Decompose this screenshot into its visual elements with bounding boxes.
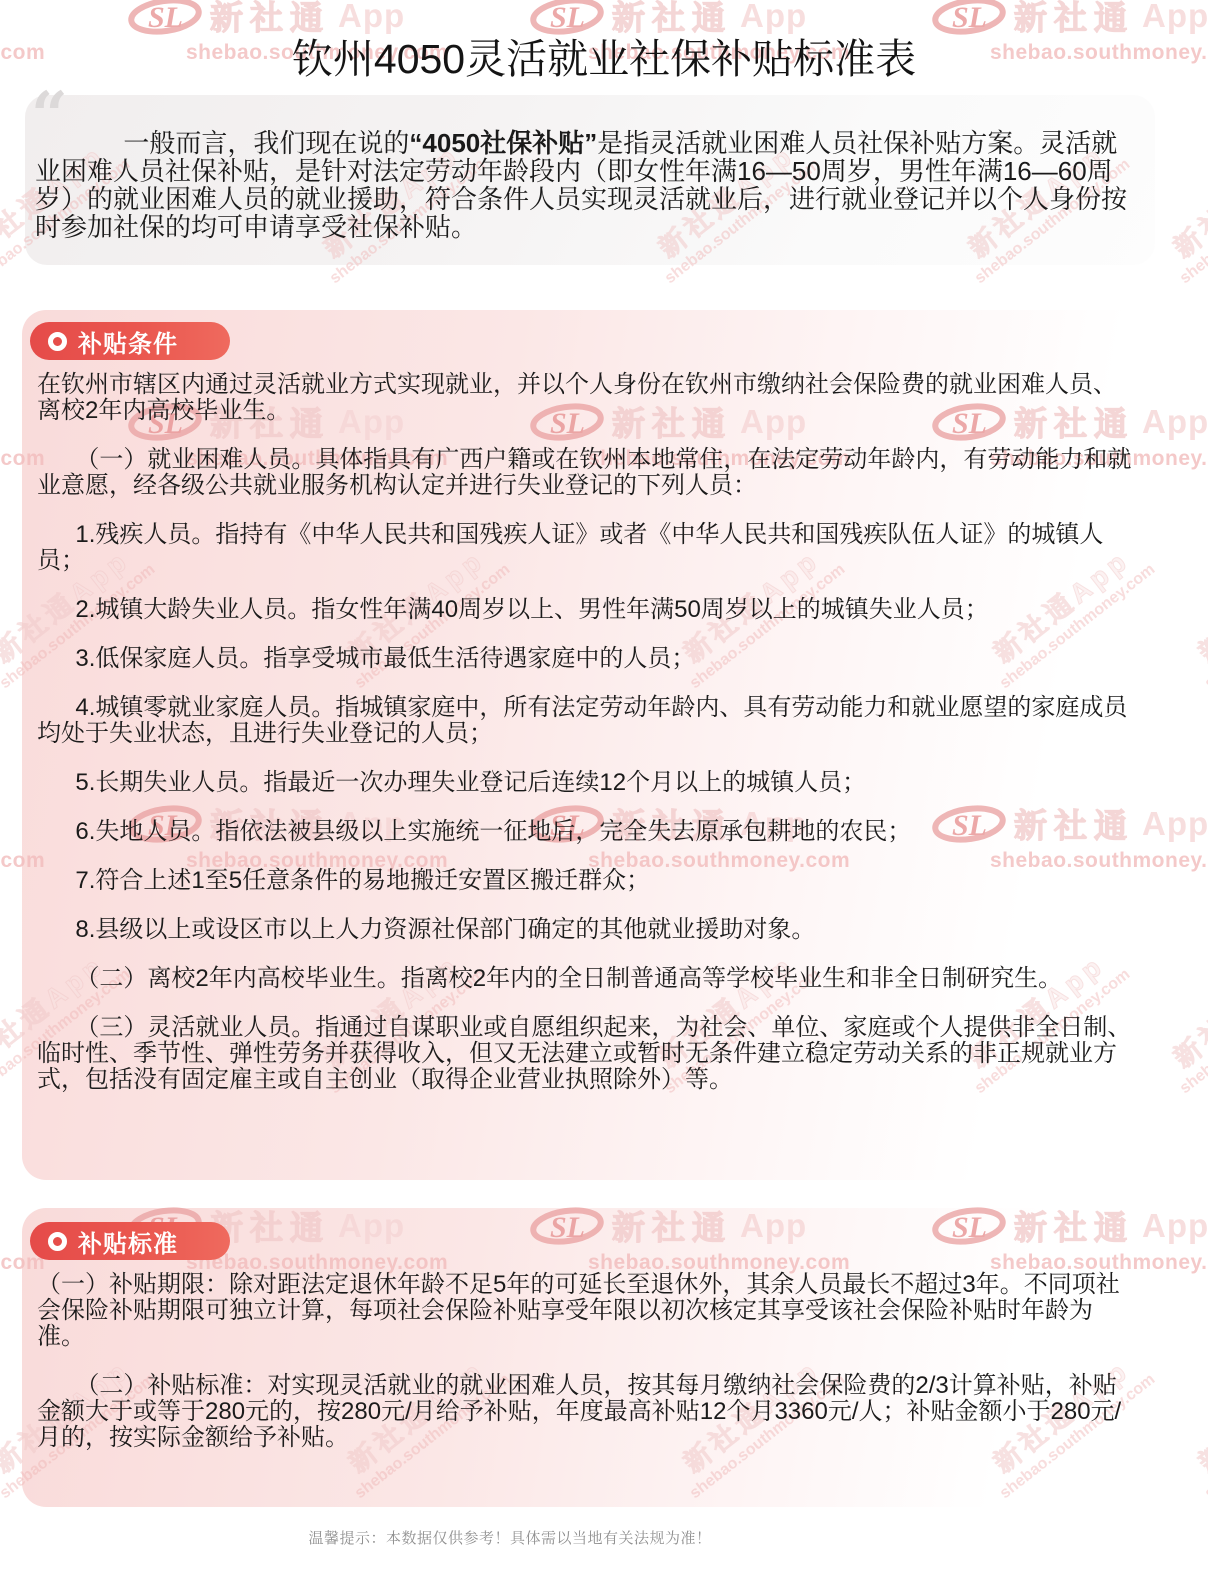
ring-icon xyxy=(48,332,67,351)
footer-disclaimer: 温馨提示：本数据仅供参考！具体需以当地有关法规为准！ xyxy=(0,1527,1020,1548)
badge-label: 补贴条件 xyxy=(78,324,178,359)
page-title: 钦州4050灵活就业社保补贴标准表 xyxy=(0,26,1208,85)
paragraph: 5.长期失业人员。指最近一次办理失业登记后连续12个月以上的城镇人员； xyxy=(37,770,1133,796)
paragraph: （二）离校2年内高校毕业生。指离校2年内的全日制普通高等学校毕业生和非全日制研究… xyxy=(37,966,1133,992)
paragraph: 3.低保家庭人员。指享受城市最低生活待遇家庭中的人员； xyxy=(37,646,1133,672)
paragraph: （三）灵活就业人员。指通过自谋职业或自愿组织起来，为社会、单位、家庭或个人提供非… xyxy=(37,1015,1133,1093)
paragraph: （一）补贴期限：除对距法定退休年龄不足5年的可延长至退休外，其余人员最长不超过3… xyxy=(37,1272,1133,1350)
standards-content: （一）补贴期限：除对距法定退休年龄不足5年的可延长至退休外，其余人员最长不超过3… xyxy=(37,1272,1133,1474)
badge-subsidy-conditions: 补贴条件 xyxy=(30,322,230,360)
paragraph: （一）就业困难人员。具体指具有广西户籍或在钦州本地常住，在法定劳动年龄内，有劳动… xyxy=(37,447,1133,499)
ring-icon xyxy=(48,1232,67,1251)
paragraph: 在钦州市辖区内通过灵活就业方式实现就业，并以个人身份在钦州市缴纳社会保险费的就业… xyxy=(37,372,1133,424)
badge-label: 补贴标准 xyxy=(78,1224,178,1259)
paragraph: 6.失地人员。指依法被县级以上实施统一征地后，完全失去原承包耕地的农民； xyxy=(37,819,1133,845)
paragraph: 4.城镇零就业家庭人员。指城镇家庭中，所有法定劳动年龄内、具有劳动能力和就业愿望… xyxy=(37,695,1133,747)
intro-bold-term: “4050社保补贴” xyxy=(409,128,597,158)
intro-pre: 一般而言，我们现在说的 xyxy=(123,128,409,158)
paragraph: 1.残疾人员。指持有《中华人民共和国残疾人证》或者《中华人民共和国残疾队伍人证》… xyxy=(37,522,1133,574)
paragraph: 7.符合上述1至5任意条件的易地搬迁安置区搬迁群众； xyxy=(37,868,1133,894)
paragraph: 2.城镇大龄失业人员。指女性年满40周岁以上、男性年满50周岁以上的城镇失业人员… xyxy=(37,597,1133,623)
badge-subsidy-standards: 补贴标准 xyxy=(30,1222,230,1260)
page: { "page": { "title": "钦州4050灵活就业社保补贴标准表"… xyxy=(0,0,1208,1592)
content-layer: 钦州4050灵活就业社保补贴标准表 “ 一般而言，我们现在说的“4050社保补贴… xyxy=(0,0,1208,1592)
paragraph: 8.县级以上或设区市以上人力资源社保部门确定的其他就业援助对象。 xyxy=(37,917,1133,943)
paragraph: （二）补贴标准：对实现灵活就业的就业困难人员，按其每月缴纳社会保险费的2/3计算… xyxy=(37,1373,1133,1451)
conditions-content: 在钦州市辖区内通过灵活就业方式实现就业，并以个人身份在钦州市缴纳社会保险费的就业… xyxy=(37,372,1133,1116)
intro-paragraph: 一般而言，我们现在说的“4050社保补贴”是指灵活就业困难人员社保补贴方案。灵活… xyxy=(35,129,1141,241)
